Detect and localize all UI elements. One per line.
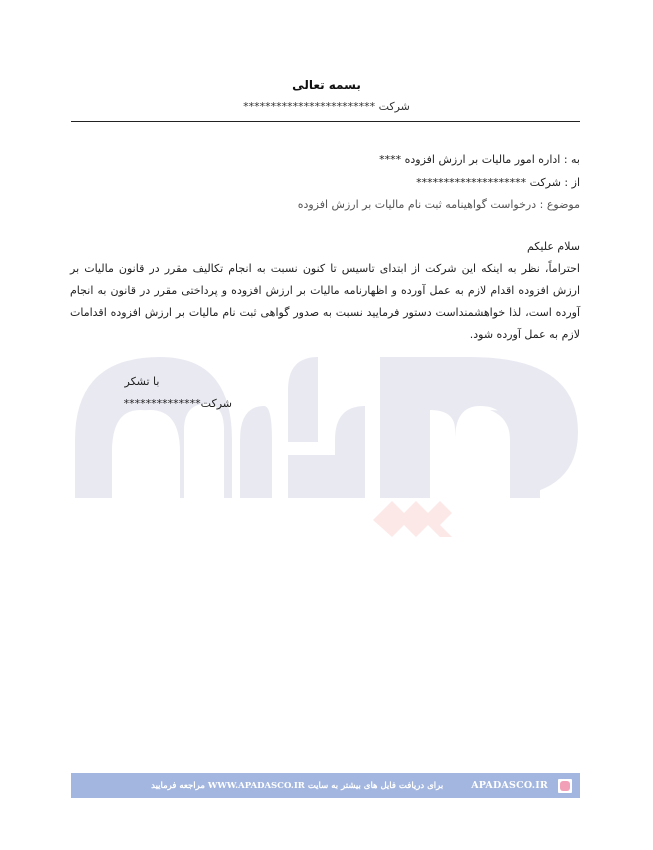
body-paragraph: احتراماً، نظر به اینکه این شرکت از ابتدا… (70, 258, 580, 346)
header-title: بسمه تعالی (0, 78, 653, 92)
sender-line: از : شرکت ******************** (100, 172, 580, 195)
subject-line: موضوع : درخواست گواهینامه ثبت نام مالیات… (100, 194, 580, 217)
header-divider (71, 121, 580, 122)
letter-page: بسمه تعالی شرکت ************************… (0, 0, 653, 850)
signature-block: با تشکر شرکت************** (92, 370, 232, 414)
closing-thanks: با تشکر (92, 370, 232, 394)
greeting: سلام علیکم (70, 236, 580, 258)
header-company-line: شرکت ************************ (0, 100, 653, 113)
signature-company: شرکت************** (92, 394, 232, 414)
letter-meta: به : اداره امور مالیات بر ارزش افزوده **… (100, 149, 580, 217)
footer-site-name[interactable]: APADASCO.IR (471, 780, 548, 791)
recipient-line: به : اداره امور مالیات بر ارزش افزوده **… (100, 149, 580, 172)
apadasco-logo-icon (558, 779, 572, 793)
footer-bar: APADASCO.IR برای دریافت فایل های بیشتر ب… (71, 773, 580, 798)
footer-notice: برای دریافت فایل های بیشتر به سایت WWW.A… (151, 781, 443, 791)
letter-body: سلام علیکم احتراماً، نظر به اینکه این شر… (70, 236, 580, 346)
